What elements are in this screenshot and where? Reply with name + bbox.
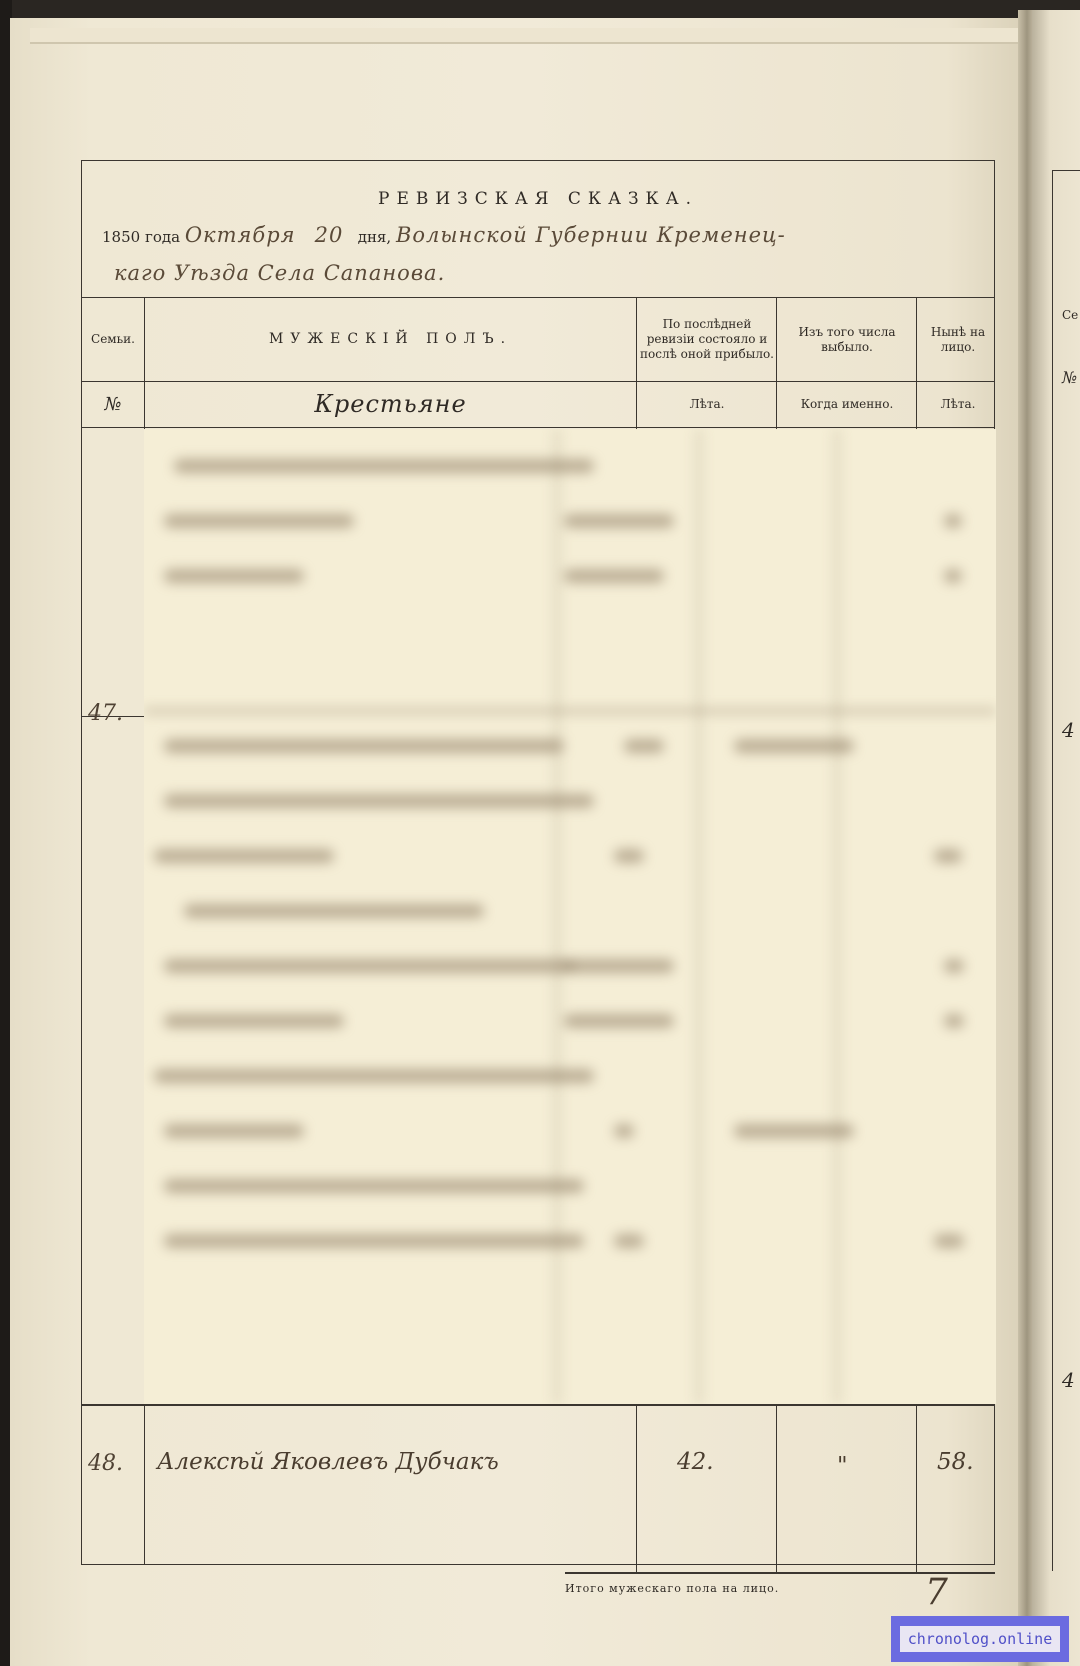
subheader-years-present: Лѣта. bbox=[920, 382, 996, 427]
year-label: года bbox=[145, 228, 180, 246]
subheader-bottom-rule bbox=[82, 427, 994, 428]
subheader-number: № bbox=[82, 382, 144, 427]
header-family: Семьи. bbox=[82, 298, 144, 381]
obscured-content bbox=[144, 429, 996, 1404]
location-line2-handwritten: каго Уѣзда Села Сапанова. bbox=[114, 261, 445, 285]
row-48-name: Алексѣй Яковлевъ Дубчакъ bbox=[157, 1449, 499, 1475]
row-48-last-revision-age: 42. bbox=[677, 1449, 714, 1475]
row-48-present-age: 58. bbox=[937, 1449, 974, 1475]
location-line1-handwritten: Волынской Губернии Кременец- bbox=[396, 223, 786, 247]
adjacent-page-row-fragment: 4 bbox=[1062, 1368, 1075, 1392]
adjacent-page-header-fragment: Се bbox=[1062, 308, 1078, 322]
subheader-years-last-revision: Лѣта. bbox=[640, 382, 774, 427]
month-handwritten: Октября bbox=[185, 223, 296, 247]
column-divider-last-revision-lower bbox=[636, 1404, 637, 1574]
family-number-47: 47. bbox=[88, 701, 123, 726]
obscured-entries-region bbox=[144, 429, 996, 1404]
date-location-line: 1850 года Октября 20 дня, Волынской Губе… bbox=[102, 223, 982, 247]
column-divider-present-lower bbox=[916, 1404, 917, 1574]
footer-total-label: Итого мужескаго пола на лицо. bbox=[565, 1582, 779, 1595]
header-last-revision: По послѣдней ревизіи состояло и послѣ он… bbox=[640, 298, 774, 381]
day-handwritten: 20 bbox=[315, 223, 344, 247]
header-male-sex: МУЖЕСКІЙ ПОЛЪ. bbox=[145, 298, 636, 381]
watermark-text: chronolog.online bbox=[900, 1626, 1061, 1652]
row-48-departed: " bbox=[837, 1453, 848, 1479]
subheader-when: Когда именно. bbox=[780, 382, 914, 427]
document-title: РЕВИЗСКАЯ СКАЗКА. bbox=[82, 189, 994, 209]
header-departed: Изъ того числа выбыло. bbox=[780, 298, 914, 381]
footer-total-value-handwritten: 7 bbox=[925, 1572, 948, 1613]
column-divider-departed-lower bbox=[776, 1404, 777, 1574]
day-label: дня, bbox=[358, 228, 391, 246]
family-48-separator bbox=[82, 1404, 994, 1406]
adjacent-page-row-fragment: 4 bbox=[1062, 718, 1075, 742]
adjacent-page-number-fragment: № bbox=[1062, 368, 1077, 387]
subheader-estate-handwritten: Крестьяне bbox=[145, 382, 636, 427]
paper-top-fold bbox=[30, 28, 1020, 44]
revision-tale-table: РЕВИЗСКАЯ СКАЗКА. 1850 года Октября 20 д… bbox=[81, 160, 995, 1565]
watermark: chronolog.online bbox=[891, 1616, 1069, 1662]
year: 1850 bbox=[102, 228, 140, 246]
header-present: Нынѣ на лицо. bbox=[920, 298, 996, 381]
family-number-48: 48. bbox=[88, 1451, 123, 1476]
